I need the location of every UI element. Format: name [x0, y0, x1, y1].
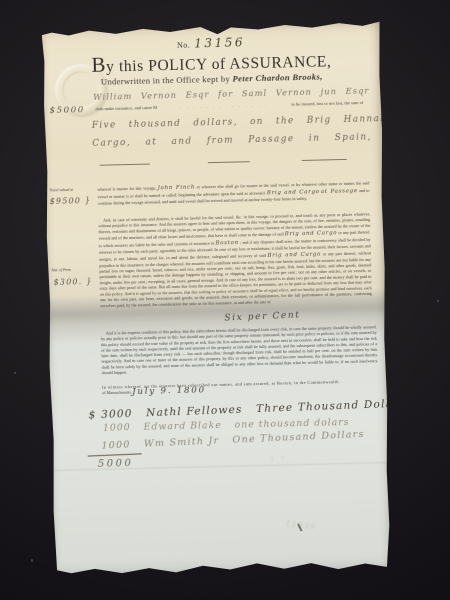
- subscription-amount: $ 3000: [88, 408, 132, 422]
- risks-print-1: And, in case of extremity and distress, …: [98, 212, 370, 241]
- dust-speck: [31, 559, 33, 562]
- subscription-amount: 1000: [103, 422, 131, 434]
- rule-dash: [100, 164, 150, 166]
- policy-number-label: No.: [177, 41, 190, 50]
- rule-dash: [302, 159, 347, 161]
- dust-speck: [437, 300, 439, 302]
- document-paper: No. 13156 By this POLICY of ASSURANCE, U…: [42, 21, 393, 577]
- handwritten-subject-line-1: Five thousand dollars, on the Brig Hanna…: [92, 113, 421, 131]
- subscription-signature: Edward Blake: [144, 420, 222, 433]
- total-rule: [88, 453, 142, 456]
- handwritten-insured-parties: William Vernon Esqr for Saml Vernon jun …: [93, 85, 373, 102]
- handwritten-risks-place: Boston: [215, 239, 239, 246]
- ghost-bleedthrough-mark: 5 7: [270, 455, 287, 463]
- handwritten-master-name: John Finch: [158, 183, 196, 190]
- margin-sum-insured: $5000: [49, 105, 85, 116]
- policy-number-value: 13156: [194, 35, 245, 50]
- handwritten-subject-insert: Brig and Cargo: [267, 188, 320, 196]
- handwritten-date: July 9. 1800: [132, 385, 206, 397]
- subscription-signature: Wm Smith Jr: [144, 435, 220, 449]
- handwritten-subject-line-2: Cargo, at and from Passage in Spain, to …: [92, 130, 450, 149]
- clause-left-text: doth make insurance, and cause M: [95, 105, 157, 111]
- insurance-clause-line: doth make insurance, and cause M . . . .…: [95, 101, 363, 112]
- subscription-words: One Thousand Dollars: [232, 429, 365, 446]
- dust-speck: [14, 372, 16, 374]
- witness-line-2: of Massachusetts.: [102, 390, 132, 395]
- handwritten-place-insert: at Passage: [321, 187, 358, 194]
- subscription-amount: 1000: [101, 439, 131, 451]
- margin-vessel-value: $9500 }: [50, 196, 92, 206]
- photo-background: No. 13156 By this POLICY of ASSURANCE, U…: [0, 0, 450, 600]
- total-sum: 5000: [98, 458, 134, 470]
- master-print-3: as aforesaid.: [244, 191, 265, 196]
- office-keeper-name: Peter Chardon Brooks,: [232, 71, 323, 83]
- clause-right-text: to be insured, lost or not lost, the sum…: [291, 101, 363, 108]
- subtitle-text: Underwritten in the Office kept by: [101, 74, 230, 87]
- handwritten-risks-subject-2: Brig and Cargo: [267, 250, 321, 258]
- margin-premium-value: $300. }: [53, 277, 92, 287]
- dotted-fill: . . . . . . . . . . . . . .: [157, 102, 291, 110]
- handwritten-risks-subject-1: Brig and Cargo: [285, 229, 338, 237]
- subscription-words: one thousand dolars: [235, 417, 350, 431]
- master-print-1: whereof is master for this voyage,: [97, 186, 156, 192]
- rule-dash: [208, 161, 250, 163]
